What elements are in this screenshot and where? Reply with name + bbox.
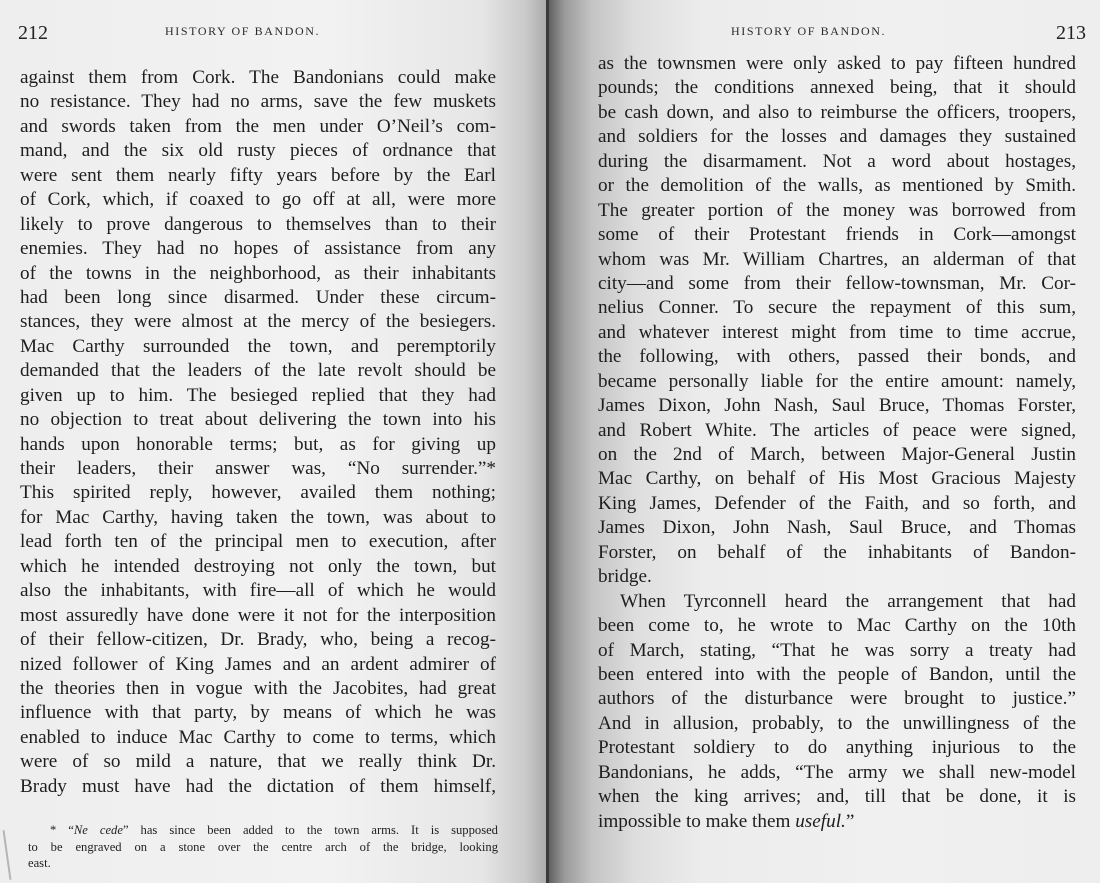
text-line: be cash down, and also to reimburse the … bbox=[598, 101, 1076, 125]
left-page: 212 HISTORY OF BANDON. against them from… bbox=[0, 0, 548, 883]
text-line: nelius Conner. To secure the repayment o… bbox=[598, 296, 1076, 320]
text-line: hands upon honorable terms; but, as for … bbox=[20, 433, 496, 457]
text-line: on the 2nd of March, between Major-Gener… bbox=[598, 443, 1076, 467]
book-spine-gutter bbox=[546, 0, 549, 883]
text-line: most assuredly have done were it not for… bbox=[20, 604, 496, 628]
page-edge-mark bbox=[3, 830, 12, 880]
text-line: Mac Carthy, on behalf of His Most Gracio… bbox=[598, 467, 1076, 491]
footnote-line: to be engraved on a stone over the centr… bbox=[28, 839, 498, 856]
footnote: * “Ne cede” has since been added to the … bbox=[28, 822, 498, 872]
text-line: which he intended destroying not only th… bbox=[20, 555, 496, 579]
text-line: during the disarmament. Not a word about… bbox=[598, 150, 1076, 174]
text-line: Brady must have had the dictation of the… bbox=[20, 775, 496, 799]
right-page-body: as the townsmen were only asked to pay f… bbox=[598, 52, 1076, 834]
paragraph-end-line: impossible to make them useful.” bbox=[598, 810, 1076, 834]
text-line: city—and some from their fellow-townsman… bbox=[598, 272, 1076, 296]
text-line: King James, Defender of the Faith, and s… bbox=[598, 492, 1076, 516]
text-line: the following, with others, passed their… bbox=[598, 345, 1076, 369]
page-number-left: 212 bbox=[18, 22, 48, 45]
right-page: HISTORY OF BANDON. 213 as the townsmen w… bbox=[548, 0, 1100, 883]
text-line: influence with that party, by means of w… bbox=[20, 701, 496, 725]
text-line: for Mac Carthy, having taken the town, w… bbox=[20, 506, 496, 530]
text-line: The greater portion of the money was bor… bbox=[598, 199, 1076, 223]
text-line: of their fellow-citizen, Dr. Brady, who,… bbox=[20, 628, 496, 652]
text-line: the theories then in vogue with the Jaco… bbox=[20, 677, 496, 701]
running-head-left: HISTORY OF BANDON. bbox=[165, 24, 320, 39]
text-line: Mac Carthy surrounded the town, and pere… bbox=[20, 335, 496, 359]
text-line: enabled to induce Mac Carthy to come to … bbox=[20, 726, 496, 750]
text-line: lead forth ten of the principal men to e… bbox=[20, 530, 496, 554]
text-line: and swords taken from the men under O’Ne… bbox=[20, 115, 496, 139]
footnote-reference-line: their leaders, their answer was, “No sur… bbox=[20, 457, 496, 481]
text-line: some of their Protestant friends in Cork… bbox=[598, 223, 1076, 247]
running-head-right: HISTORY OF BANDON. bbox=[731, 24, 886, 39]
text-line: And in allusion, probably, to the unwill… bbox=[598, 712, 1076, 736]
text-line: likely to prove dangerous to themselves … bbox=[20, 213, 496, 237]
text-line: and whatever interest might from time to… bbox=[598, 321, 1076, 345]
text-line: been come to, he wrote to Mac Carthy on … bbox=[598, 614, 1076, 638]
text-line: stances, they were almost at the mercy o… bbox=[20, 310, 496, 334]
text-line: had been long since disarmed. Under thes… bbox=[20, 286, 496, 310]
paragraph-start-line: When Tyrconnell heard the arrangement th… bbox=[598, 590, 1076, 614]
text-line: enemies. They had no hopes of assistance… bbox=[20, 237, 496, 261]
text-line: mand, and the six old rusty pieces of or… bbox=[20, 139, 496, 163]
text-line: against them from Cork. The Bandonians c… bbox=[20, 66, 496, 90]
text-line: no objection to treat about delivering t… bbox=[20, 408, 496, 432]
text-line: and Robert White. The articles of peace … bbox=[598, 419, 1076, 443]
text-line: of Cork, which, if coaxed to go off at a… bbox=[20, 188, 496, 212]
text-line: became personally liable for the entire … bbox=[598, 370, 1076, 394]
text-line: as the townsmen were only asked to pay f… bbox=[598, 52, 1076, 76]
emphasized-word: useful. bbox=[795, 811, 846, 832]
text-line: Bandonians, he adds, “The army we shall … bbox=[598, 761, 1076, 785]
text-line: given up to him. The besieged replied th… bbox=[20, 384, 496, 408]
text-line: This spirited reply, however, availed th… bbox=[20, 481, 496, 505]
text-line: when the king arrives; and, till that be… bbox=[598, 785, 1076, 809]
text-line: were sent them nearly fifty years before… bbox=[20, 164, 496, 188]
text-line: demanded that the leaders of the late re… bbox=[20, 359, 496, 383]
text-line: Forster, on behalf of the inhabitants of… bbox=[598, 541, 1076, 565]
text-line: or the demolition of the walls, as menti… bbox=[598, 174, 1076, 198]
text-line: pounds; the conditions annexed being, th… bbox=[598, 76, 1076, 100]
text-line: of March, stating, “That he was sorry a … bbox=[598, 639, 1076, 663]
footnote-line: east. bbox=[28, 855, 498, 872]
text-line: James Dixon, John Nash, Saul Bruce, and … bbox=[598, 516, 1076, 540]
text-line: been entered into with the people of Ban… bbox=[598, 663, 1076, 687]
text-line: Protestant soldiery to do anything injur… bbox=[598, 736, 1076, 760]
book-spread: 212 HISTORY OF BANDON. against them from… bbox=[0, 0, 1100, 883]
text-line: also the inhabitants, with fire—all of w… bbox=[20, 579, 496, 603]
text-line: authors of the disturbance were brought … bbox=[598, 687, 1076, 711]
footnote-line: * “Ne cede” has since been added to the … bbox=[28, 822, 498, 839]
paragraph-end-line: bridge. bbox=[598, 565, 1076, 589]
text-line: nized follower of King James and an arde… bbox=[20, 653, 496, 677]
left-page-body: against them from Cork. The Bandonians c… bbox=[20, 66, 496, 799]
text-line: James Dixon, John Nash, Saul Bruce, Thom… bbox=[598, 394, 1076, 418]
text-line: no resistance. They had no arms, save th… bbox=[20, 90, 496, 114]
footnote-marker: * bbox=[50, 823, 56, 837]
footnote-motto: Ne cede bbox=[74, 823, 123, 837]
text-line: of the towns in the neighborhood, as the… bbox=[20, 262, 496, 286]
text-line: were of so mild a nature, that we really… bbox=[20, 750, 496, 774]
text-line: whom was Mr. William Chartres, an alderm… bbox=[598, 248, 1076, 272]
page-number-right: 213 bbox=[1056, 22, 1086, 45]
text-line: and soldiers for the losses and damages … bbox=[598, 125, 1076, 149]
